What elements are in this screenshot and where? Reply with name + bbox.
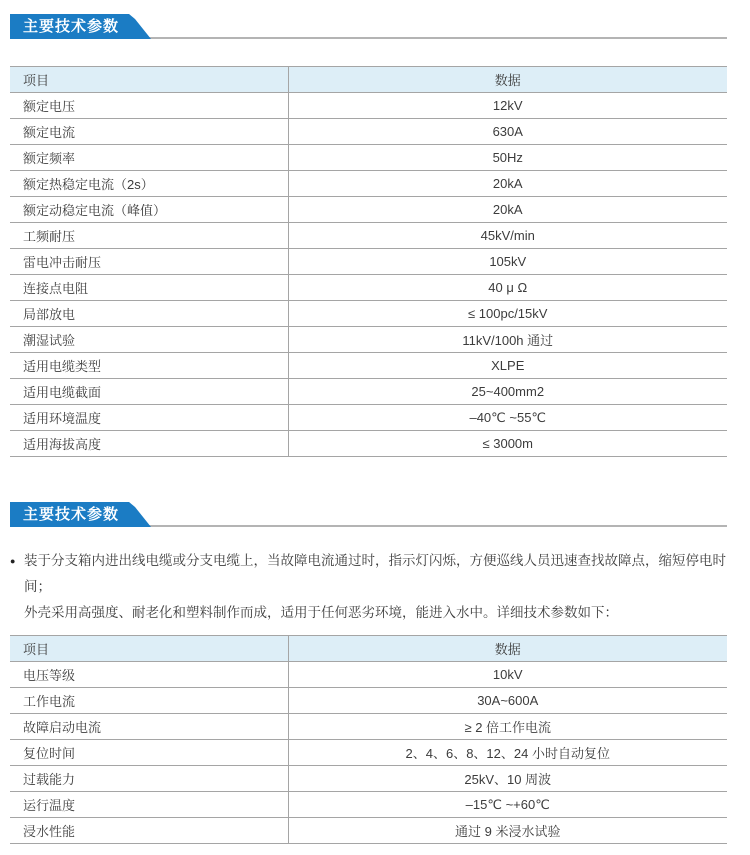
- section-technical-parameters-1: 主要技术参数 项目 数据 额定电压12kV额定电流630A额定频率50Hz额定热…: [10, 14, 727, 457]
- param-value-cell: 20kA: [288, 197, 727, 223]
- param-value-cell: 630A: [288, 119, 727, 145]
- param-value-cell: ≥ 2 倍工作电流: [288, 714, 727, 740]
- param-name-cell: 适用电缆截面: [10, 379, 288, 405]
- section-header: 主要技术参数: [10, 14, 727, 39]
- table-row: 连接点电阻40 μ Ω: [10, 275, 727, 301]
- section-title-banner: 主要技术参数: [10, 14, 151, 39]
- param-name-cell: 额定电流: [10, 119, 288, 145]
- param-name-cell: 复位时间: [10, 740, 288, 766]
- param-value-cell: 20kA: [288, 171, 727, 197]
- param-name-cell: 工频耐压: [10, 223, 288, 249]
- table-row: 局部放电≤ 100pc/15kV: [10, 301, 727, 327]
- param-name-cell: 适用环境温度: [10, 405, 288, 431]
- param-value-cell: –15℃ ~+60℃: [288, 792, 727, 818]
- intro-paragraph-text: 装于分支箱内进出线电缆或分支电缆上，当故障电流通过时，指示灯闪烁，方便巡线人员迅…: [24, 548, 727, 626]
- table-row: 适用海拔高度≤ 3000m: [10, 431, 727, 457]
- intro-line-1: 装于分支箱内进出线电缆或分支电缆上，当故障电流通过时，指示灯闪烁，方便巡线人员迅…: [24, 548, 727, 600]
- bullet-icon: ●: [10, 548, 24, 626]
- param-name-cell: 连接点电阻: [10, 275, 288, 301]
- table-row: 运行温度–15℃ ~+60℃: [10, 792, 727, 818]
- spec-table-1: 项目 数据 额定电压12kV额定电流630A额定频率50Hz额定热稳定电流（2s…: [10, 66, 727, 457]
- table-row: 额定电压12kV: [10, 93, 727, 119]
- column-header-data: 数据: [288, 67, 727, 93]
- intro-line-2: 外壳采用高强度、耐老化和塑料制作而成，适用于任何恶劣环境，能进入水中。详细技术参…: [24, 600, 727, 626]
- param-value-cell: 40 μ Ω: [288, 275, 727, 301]
- param-value-cell: –40℃ ~55℃: [288, 405, 727, 431]
- param-value-cell: 2、4、6、8、12、24 小时自动复位: [288, 740, 727, 766]
- table-row: 雷电冲击耐压105kV: [10, 249, 727, 275]
- table-row: 电压等级10kV: [10, 662, 727, 688]
- param-name-cell: 额定动稳定电流（峰值）: [10, 197, 288, 223]
- section-technical-parameters-2: 主要技术参数 ● 装于分支箱内进出线电缆或分支电缆上，当故障电流通过时，指示灯闪…: [10, 502, 727, 844]
- param-value-cell: 30A~600A: [288, 688, 727, 714]
- param-name-cell: 额定电压: [10, 93, 288, 119]
- param-name-cell: 浸水性能: [10, 818, 288, 844]
- param-name-cell: 电压等级: [10, 662, 288, 688]
- table-row: 故障启动电流≥ 2 倍工作电流: [10, 714, 727, 740]
- param-name-cell: 额定热稳定电流（2s）: [10, 171, 288, 197]
- table-row: 工频耐压45kV/min: [10, 223, 727, 249]
- param-value-cell: 50Hz: [288, 145, 727, 171]
- table-row: 工作电流30A~600A: [10, 688, 727, 714]
- param-value-cell: 25kV、10 周波: [288, 766, 727, 792]
- table-row: 复位时间2、4、6、8、12、24 小时自动复位: [10, 740, 727, 766]
- param-name-cell: 适用海拔高度: [10, 431, 288, 457]
- param-value-cell: ≤ 3000m: [288, 431, 727, 457]
- param-name-cell: 潮湿试验: [10, 327, 288, 353]
- param-value-cell: ≤ 100pc/15kV: [288, 301, 727, 327]
- table-row: 额定电流630A: [10, 119, 727, 145]
- table-row: 额定动稳定电流（峰值）20kA: [10, 197, 727, 223]
- section-header: 主要技术参数: [10, 502, 727, 527]
- param-name-cell: 雷电冲击耐压: [10, 249, 288, 275]
- param-value-cell: 11kV/100h 通过: [288, 327, 727, 353]
- section-title-banner: 主要技术参数: [10, 502, 151, 527]
- column-header-item: 项目: [10, 67, 288, 93]
- table-row: 适用环境温度–40℃ ~55℃: [10, 405, 727, 431]
- param-name-cell: 局部放电: [10, 301, 288, 327]
- spec-table-2: 项目 数据 电压等级10kV工作电流30A~600A故障启动电流≥ 2 倍工作电…: [10, 635, 727, 844]
- param-value-cell: 10kV: [288, 662, 727, 688]
- table-header-row: 项目 数据: [10, 636, 727, 662]
- param-name-cell: 过载能力: [10, 766, 288, 792]
- param-name-cell: 工作电流: [10, 688, 288, 714]
- spec-table-2-head: 项目 数据: [10, 636, 727, 662]
- param-name-cell: 故障启动电流: [10, 714, 288, 740]
- table-row: 额定热稳定电流（2s）20kA: [10, 171, 727, 197]
- table-row: 适用电缆类型XLPE: [10, 353, 727, 379]
- param-name-cell: 额定频率: [10, 145, 288, 171]
- column-header-data: 数据: [288, 636, 727, 662]
- param-value-cell: XLPE: [288, 353, 727, 379]
- param-value-cell: 12kV: [288, 93, 727, 119]
- param-value-cell: 通过 9 米浸水试验: [288, 818, 727, 844]
- table-row: 浸水性能通过 9 米浸水试验: [10, 818, 727, 844]
- table-row: 额定频率50Hz: [10, 145, 727, 171]
- param-value-cell: 25~400mm2: [288, 379, 727, 405]
- spec-table-2-body: 电压等级10kV工作电流30A~600A故障启动电流≥ 2 倍工作电流复位时间2…: [10, 662, 727, 844]
- param-name-cell: 适用电缆类型: [10, 353, 288, 379]
- param-value-cell: 105kV: [288, 249, 727, 275]
- param-value-cell: 45kV/min: [288, 223, 727, 249]
- table-row: 过载能力25kV、10 周波: [10, 766, 727, 792]
- document-page: 主要技术参数 项目 数据 额定电压12kV额定电流630A额定频率50Hz额定热…: [0, 0, 750, 855]
- spec-table-1-head: 项目 数据: [10, 67, 727, 93]
- table-header-row: 项目 数据: [10, 67, 727, 93]
- intro-paragraph: ● 装于分支箱内进出线电缆或分支电缆上，当故障电流通过时，指示灯闪烁，方便巡线人…: [10, 548, 727, 626]
- table-row: 适用电缆截面25~400mm2: [10, 379, 727, 405]
- table-row: 潮湿试验11kV/100h 通过: [10, 327, 727, 353]
- spec-table-1-body: 额定电压12kV额定电流630A额定频率50Hz额定热稳定电流（2s）20kA额…: [10, 93, 727, 457]
- param-name-cell: 运行温度: [10, 792, 288, 818]
- column-header-item: 项目: [10, 636, 288, 662]
